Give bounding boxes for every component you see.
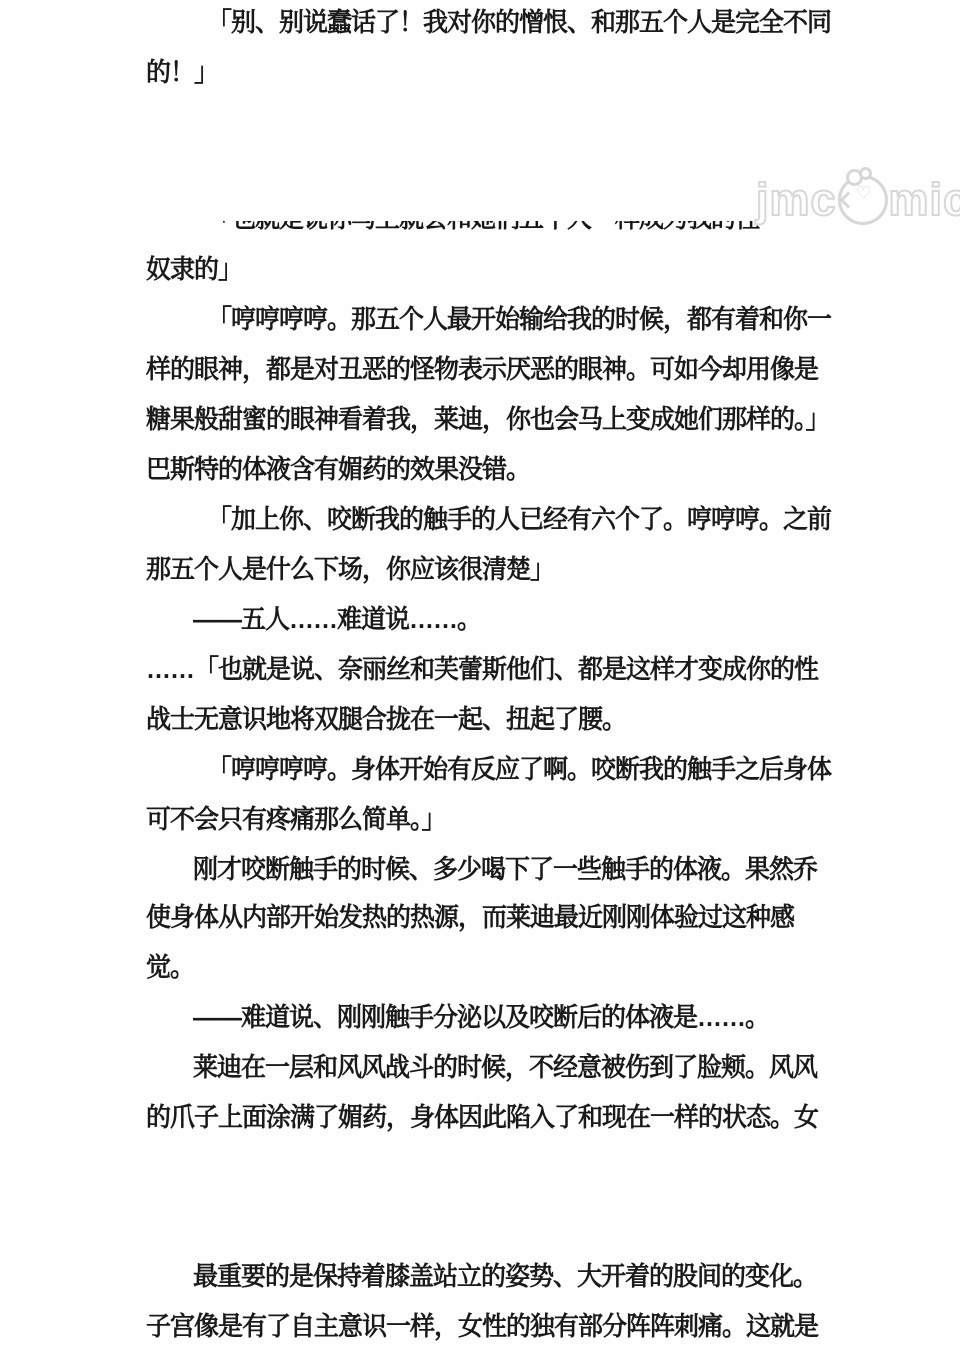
text-line: 莱迪在一层和风风战斗的时候，不经意被伤到了脸颊。风风 xyxy=(193,1053,817,1083)
mascot-beak-icon xyxy=(839,192,856,209)
text-line: 奴隶的」 xyxy=(146,255,242,285)
clipped-line-fragments: 「也就是说你马上就会和她们五个人一样成为我的性 xyxy=(207,221,960,234)
text-line: 最重要的是保持着膝盖站立的姿势、大开着的股间的变化。 xyxy=(193,1262,817,1292)
clipped-illegible-line: 「也就是说你马上就会和她们五个人一样成为我的性 xyxy=(207,221,960,234)
text-line: 战士无意识地将双腿合拢在一起、扭起了腰。 xyxy=(146,705,626,735)
text-line: 使身体从内部开始发热的热源，而莱迪最近刚刚体验过这种感 xyxy=(146,903,794,933)
text-line: ——五人……难道说……。 xyxy=(193,605,481,635)
mascot-face-icon: ♡ xyxy=(838,175,888,225)
watermark-text-left: jmc xyxy=(756,172,837,228)
text-line: ……「也就是说、奈丽丝和芙蕾斯他们、都是这样才变成你的性 xyxy=(146,655,818,685)
text-line: 刚才咬断触手的时候、多少喝下了一些触手的体液。果然乔 xyxy=(193,855,817,885)
text-line: 样的眼神，都是对丑恶的怪物表示厌恶的眼神。可如今却用像是 xyxy=(146,355,818,385)
text-line: 子宫像是有了自主意识一样，女性的独有部分阵阵刺痛。这就是 xyxy=(146,1312,818,1342)
text-line: 「加上你、咬断我的触手的人已经有六个了。哼哼哼。之前 xyxy=(207,505,831,535)
text-line: 的！」 xyxy=(146,58,218,88)
text-line: 那五个人是什么下场，你应该很清楚」 xyxy=(146,555,554,585)
text-line: 可不会只有疼痛那么简单。」 xyxy=(146,805,446,835)
watermark-text-right: mic xyxy=(889,172,960,228)
novel-page: jmc ♡ mic 「别、别说蠢话了！我对你的憎恨、和那五个人是完全不同的！」「… xyxy=(0,0,960,1358)
text-line: 「哼哼哼哼。身体开始有反应了啊。咬断我的触手之后身体 xyxy=(207,755,831,785)
text-line: 糖果般甜蜜的眼神看着我，莱迪，你也会马上变成她们那样的。」 xyxy=(146,405,830,435)
text-line: 的爪子上面涂满了媚药，身体因此陷入了和现在一样的状态。女 xyxy=(146,1103,818,1133)
text-line: 巴斯特的体液含有媚药的效果没错。 xyxy=(146,455,530,485)
heart-icon: ♡ xyxy=(856,185,873,203)
jmcomic-watermark: jmc ♡ mic xyxy=(756,172,960,228)
mascot-topknot-small-icon xyxy=(859,167,872,180)
text-line: 「别、别说蠢话了！我对你的憎恨、和那五个人是完全不同 xyxy=(207,8,831,38)
text-line: ——难道说、刚刚触手分泌以及咬断后的体液是……。 xyxy=(193,1003,769,1033)
text-line: 「哼哼哼哼。那五个人最开始输给我的时候，都有着和你一 xyxy=(207,305,831,335)
text-line: 觉。 xyxy=(146,953,194,983)
